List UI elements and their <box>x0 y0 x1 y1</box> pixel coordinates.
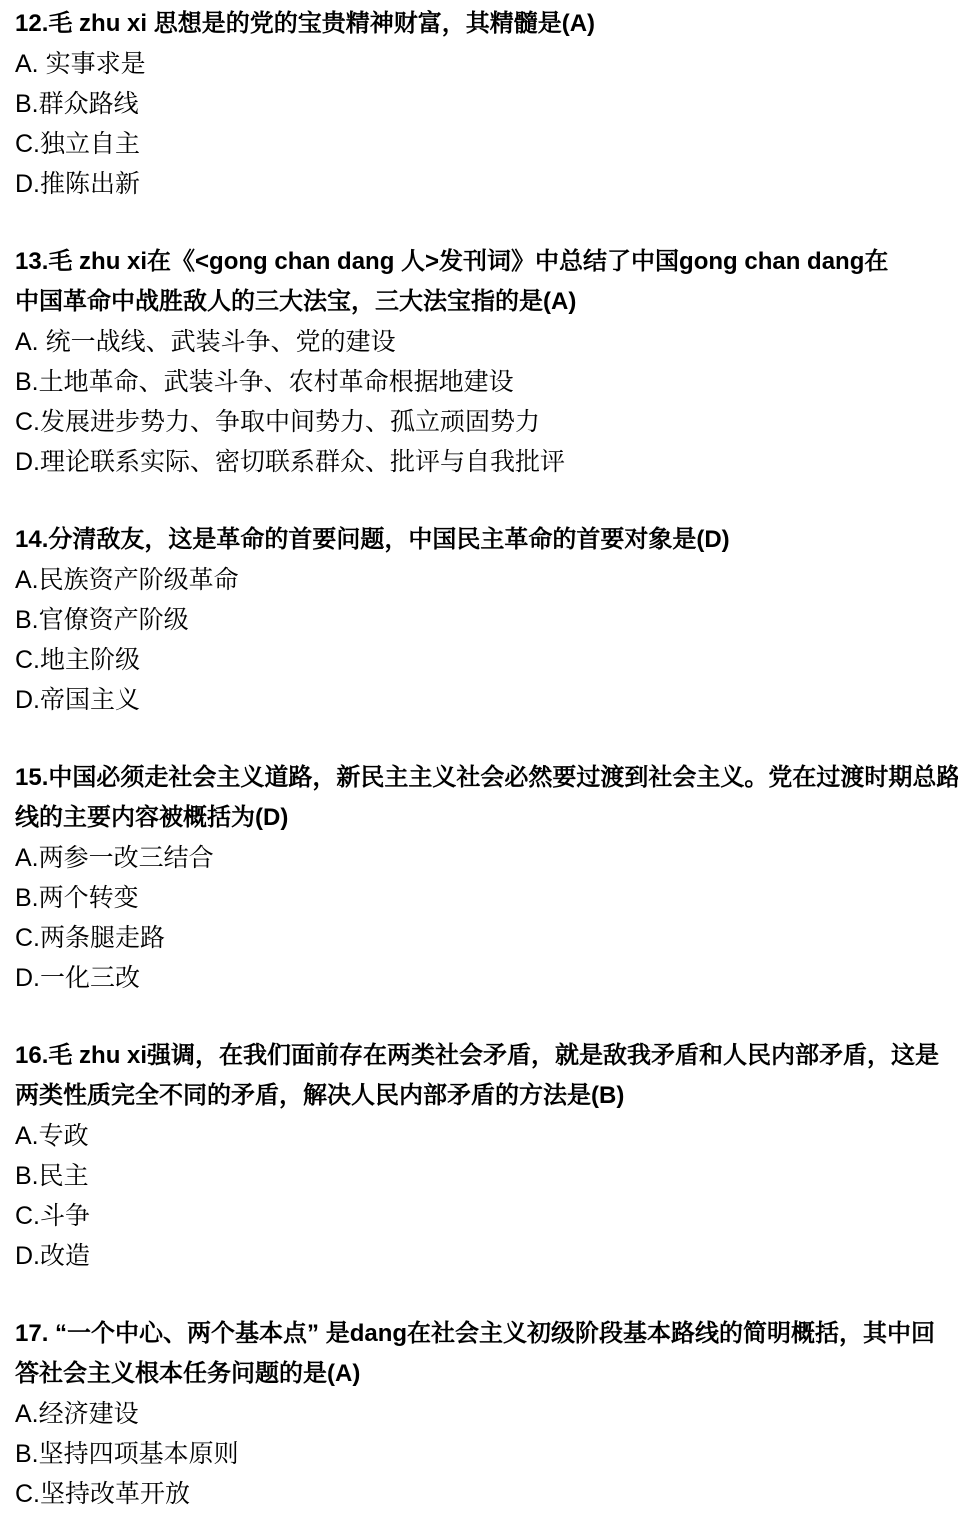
q17-stem-line-1: 17. “一个中心、两个基本点” 是dang在社会主义初级阶段基本路线的简明概括… <box>15 1314 958 1354</box>
q14-option-a: A.民族资产阶级革命 <box>15 560 958 600</box>
q16-option-d: D.改造 <box>15 1236 958 1276</box>
q12-option-c: C.独立自主 <box>15 124 958 164</box>
question-15: 15.中国必须走社会主义道路，新民主主义社会必然要过渡到社会主义。党在过渡时期总… <box>15 758 958 998</box>
q13-option-b: B.土地革命、武装斗争、农村革命根据地建设 <box>15 362 958 402</box>
q13-stem-line-2: 中国革命中战胜敌人的三大法宝，三大法宝指的是(A) <box>15 282 958 322</box>
question-17: 17. “一个中心、两个基本点” 是dang在社会主义初级阶段基本路线的简明概括… <box>15 1314 958 1514</box>
q15-option-b: B.两个转变 <box>15 878 958 918</box>
question-14: 14.分清敌友，这是革命的首要问题，中国民主革命的首要对象是(D) A.民族资产… <box>15 520 958 720</box>
q17-option-c: C.坚持改革开放 <box>15 1474 958 1514</box>
q14-option-c: C.地主阶级 <box>15 640 958 680</box>
q12-option-a: A. 实事求是 <box>15 44 958 84</box>
question-16: 16.毛 zhu xi强调，在我们面前存在两类社会矛盾，就是敌我矛盾和人民内部矛… <box>15 1036 958 1276</box>
exam-document-page: 12.毛 zhu xi 思想是的党的宝贵精神财富，其精髓是(A) A. 实事求是… <box>0 0 958 1514</box>
q15-option-a: A.两参一改三结合 <box>15 838 958 878</box>
q17-stem-line-2: 答社会主义根本任务问题的是(A) <box>15 1354 958 1394</box>
q15-option-d: D.一化三改 <box>15 958 958 998</box>
q13-option-d: D.理论联系实际、密切联系群众、批评与自我批评 <box>15 442 958 482</box>
q16-option-a: A.专政 <box>15 1116 958 1156</box>
question-13: 13.毛 zhu xi在《<gong chan dang 人>发刊词》中总结了中… <box>15 242 958 482</box>
q14-option-d: D.帝国主义 <box>15 680 958 720</box>
q15-stem-line-1: 15.中国必须走社会主义道路，新民主主义社会必然要过渡到社会主义。党在过渡时期总… <box>15 758 958 798</box>
q12-option-d: D.推陈出新 <box>15 164 958 204</box>
q16-option-b: B.民主 <box>15 1156 958 1196</box>
q13-option-a: A. 统一战线、武装斗争、党的建设 <box>15 322 958 362</box>
question-12: 12.毛 zhu xi 思想是的党的宝贵精神财富，其精髓是(A) A. 实事求是… <box>15 4 958 204</box>
q17-option-a: A.经济建设 <box>15 1394 958 1434</box>
q16-stem-line-2: 两类性质完全不同的矛盾，解决人民内部矛盾的方法是(B) <box>15 1076 958 1116</box>
q17-option-b: B.坚持四项基本原则 <box>15 1434 958 1474</box>
q16-stem-line-1: 16.毛 zhu xi强调，在我们面前存在两类社会矛盾，就是敌我矛盾和人民内部矛… <box>15 1036 958 1076</box>
q13-stem-line-1: 13.毛 zhu xi在《<gong chan dang 人>发刊词》中总结了中… <box>15 242 958 282</box>
q16-option-c: C.斗争 <box>15 1196 958 1236</box>
q14-option-b: B.官僚资产阶级 <box>15 600 958 640</box>
q12-option-b: B.群众路线 <box>15 84 958 124</box>
q13-option-c: C.发展进步势力、争取中间势力、孤立顽固势力 <box>15 402 958 442</box>
q14-stem-line-1: 14.分清敌友，这是革命的首要问题，中国民主革命的首要对象是(D) <box>15 520 958 560</box>
q15-stem-line-2: 线的主要内容被概括为(D) <box>15 798 958 838</box>
q15-option-c: C.两条腿走路 <box>15 918 958 958</box>
q12-stem-line-1: 12.毛 zhu xi 思想是的党的宝贵精神财富，其精髓是(A) <box>15 4 958 44</box>
